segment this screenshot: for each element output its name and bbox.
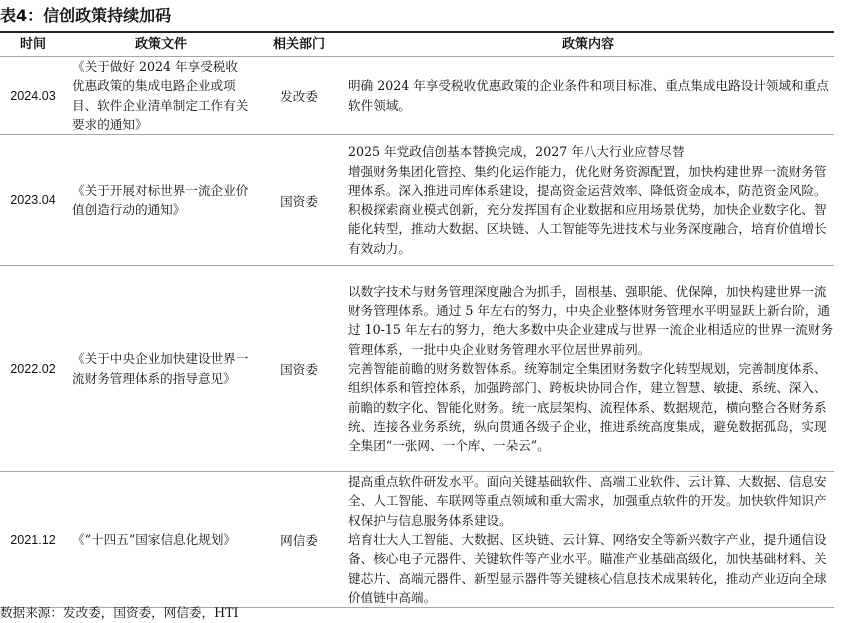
- cell-content: 明确 2024 年享受税收优惠政策的企业条件和项目标准、重点集成电路设计领域和重…: [342, 57, 834, 135]
- content-paragraph: 培育壮大人工智能、大数据、区块链、云计算、网络安全等新兴数字产业，提升通信设备、…: [348, 530, 834, 607]
- cell-content: 提高重点软件研发水平。面向关键基础软件、高端工业软件、云计算、大数据、信息安全、…: [342, 472, 834, 608]
- content-paragraph: 以数字技术与财务管理深度融合为抓手，固根基、强职能、优保障，加快构建世界一流财务…: [348, 282, 834, 359]
- header-date: 时间: [0, 32, 66, 57]
- cell-document: 《“十四五”国家信息化规划》: [66, 472, 256, 608]
- cell-date: 2021.12: [0, 472, 66, 608]
- header-document: 政策文件: [66, 32, 256, 57]
- cell-department: 发改委: [256, 57, 342, 135]
- source-note: 数据来源：发改委，国资委，网信委，HTI: [0, 604, 238, 622]
- cell-date: 2023.04: [0, 135, 66, 266]
- content-paragraph: 增强财务集团化管控、集约化运作能力，优化财务资源配置，加快构建世界一流财务管理体…: [348, 162, 834, 201]
- header-content: 政策内容: [342, 32, 834, 57]
- table-header-row: 时间 政策文件 相关部门 政策内容: [0, 32, 834, 57]
- header-department: 相关部门: [256, 32, 342, 57]
- content-paragraph: 完善智能前瞻的财务数智体系。统筹制定全集团财务数字化转型规划，完善制度体系、组织…: [348, 359, 834, 455]
- content-paragraph: 2025 年党政信创基本替换完成，2027 年八大行业应替尽替: [348, 142, 834, 161]
- table-row: 2021.12 《“十四五”国家信息化规划》 网信委 提高重点软件研发水平。面向…: [0, 472, 834, 608]
- policy-table: 时间 政策文件 相关部门 政策内容 2024.03 《关于做好 2024 年享受…: [0, 31, 834, 608]
- cell-content: 2025 年党政信创基本替换完成，2027 年八大行业应替尽替 增强财务集团化管…: [342, 135, 834, 266]
- cell-department: 网信委: [256, 472, 342, 608]
- content-paragraph: 提高重点软件研发水平。面向关键基础软件、高端工业软件、云计算、大数据、信息安全、…: [348, 472, 834, 530]
- cell-content: 以数字技术与财务管理深度融合为抓手，固根基、强职能、优保障，加快构建世界一流财务…: [342, 266, 834, 472]
- table-row: 2022.02 《关于中央企业加快建设世界一流财务管理体系的指导意见》 国资委 …: [0, 266, 834, 472]
- cell-document: 《关于开展对标世界一流企业价值创造行动的通知》: [66, 135, 256, 266]
- cell-document: 《关于做好 2024 年享受税收优惠政策的集成电路企业或项目、软件企业清单制定工…: [66, 57, 256, 135]
- cell-date: 2024.03: [0, 57, 66, 135]
- cell-date: 2022.02: [0, 266, 66, 472]
- content-paragraph: 积极探索商业模式创新，充分发挥国有企业数据和应用场景优势，加快企业数字化、智能化…: [348, 200, 834, 258]
- content-paragraph: 明确 2024 年享受税收优惠政策的企业条件和项目标准、重点集成电路设计领域和重…: [348, 76, 834, 115]
- cell-department: 国资委: [256, 266, 342, 472]
- table-row: 2023.04 《关于开展对标世界一流企业价值创造行动的通知》 国资委 2025…: [0, 135, 834, 266]
- cell-document: 《关于中央企业加快建设世界一流财务管理体系的指导意见》: [66, 266, 256, 472]
- table-row: 2024.03 《关于做好 2024 年享受税收优惠政策的集成电路企业或项目、软…: [0, 57, 834, 135]
- cell-department: 国资委: [256, 135, 342, 266]
- table-title: 表4：信创政策持续加码: [0, 4, 171, 28]
